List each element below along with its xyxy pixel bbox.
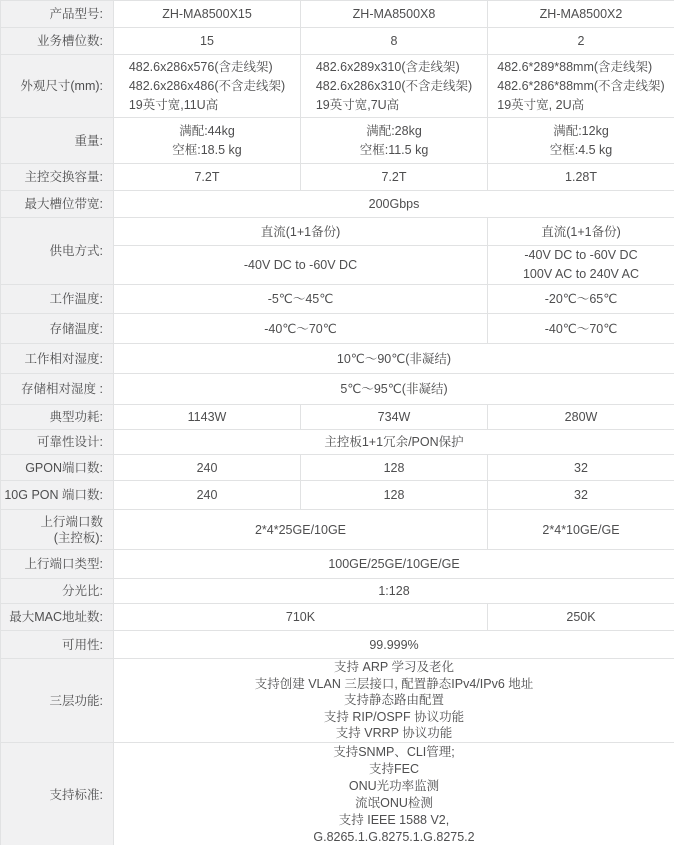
table-row-uplink-ports: 上行端口数(主控板):2*4*25GE/10GE2*4*10GE/GE xyxy=(1,510,674,550)
max-slot-bandwidth-label: 最大槽位带宽: xyxy=(1,191,114,218)
table-row-uplink-port-types: 上行端口类型:100GE/25GE/10GE/GE xyxy=(1,550,674,579)
table-row-switching-capacity: 主控交换容量:7.2T7.2T1.28T xyxy=(1,164,674,191)
table-row-weight: 重量:满配:44kg空框:18.5 kg满配:28kg空框:11.5 kg满配:… xyxy=(1,118,674,164)
service-slots-value-1: 15 xyxy=(114,28,301,55)
weight-value-1: 满配:44kg空框:18.5 kg xyxy=(114,118,301,164)
power-supply-type-label: 供电方式: xyxy=(1,218,114,285)
split-ratio-label: 分光比: xyxy=(1,579,114,604)
uplink-port-types-label: 上行端口类型: xyxy=(1,550,114,579)
operating-humidity-value-1: 10℃～90℃(非凝结) xyxy=(114,344,674,374)
table-row-availability: 可用性:99.999% xyxy=(1,631,674,659)
table-row-layer3-features: 三层功能:支持 ARP 学习及老化支持创建 VLAN 三层接口, 配置静态IPv… xyxy=(1,659,674,743)
product-model-label: 产品型号: xyxy=(1,1,114,28)
operating-humidity-label: 工作相对湿度: xyxy=(1,344,114,374)
switching-capacity-value-2: 7.2T xyxy=(301,164,488,191)
storage-humidity-label: 存储相对湿度 : xyxy=(1,374,114,405)
table-row-storage-temperature: 存储温度:-40℃～70℃-40℃～70℃ xyxy=(1,314,674,344)
spec-sheet: 产品型号:ZH-MA8500X15ZH-MA8500X8ZH-MA8500X2业… xyxy=(0,0,674,845)
table-row-split-ratio: 分光比:1:128 xyxy=(1,579,674,604)
typical-power-value-1: 1143W xyxy=(114,405,301,430)
table-row-max-slot-bandwidth: 最大槽位带宽:200Gbps xyxy=(1,191,674,218)
weight-label: 重量: xyxy=(1,118,114,164)
availability-value-1: 99.999% xyxy=(114,631,674,659)
spec-table: 产品型号:ZH-MA8500X15ZH-MA8500X8ZH-MA8500X2业… xyxy=(0,0,674,845)
supported-standards-label: 支持标准: xyxy=(1,743,114,845)
typical-power-value-3: 280W xyxy=(488,405,674,430)
table-row-supported-standards: 支持标准:支持SNMP、CLI管理;支持FECONU光功率监测流氓ONU检测支持… xyxy=(1,743,674,845)
table-row-service-slots: 业务槽位数:1582 xyxy=(1,28,674,55)
dimensions-value-3: 482.6*289*88mm(含走线架)482.6*286*88mm(不含走线架… xyxy=(488,55,674,118)
gpon-ports-value-2: 128 xyxy=(301,455,488,481)
operating-temperature-value-1: -5℃～45℃ xyxy=(114,285,488,314)
table-row-operating-humidity: 工作相对湿度:10℃～90℃(非凝结) xyxy=(1,344,674,374)
power-supply-voltage-value-2: -40V DC to -60V DC100V AC to 240V AC xyxy=(488,246,674,285)
table-row-gpon-ports: GPON端口数:24012832 xyxy=(1,455,674,481)
typical-power-label: 典型功耗: xyxy=(1,405,114,430)
gpon-ports-value-3: 32 xyxy=(488,455,674,481)
power-supply-type-value-2: 直流(1+1备份) xyxy=(488,218,674,246)
weight-value-2: 满配:28kg空框:11.5 kg xyxy=(301,118,488,164)
table-row-dimensions: 外观尺寸(mm):482.6x286x576(含走线架)482.6x286x48… xyxy=(1,55,674,118)
product-model-value-3: ZH-MA8500X2 xyxy=(488,1,674,28)
storage-temperature-value-2: -40℃～70℃ xyxy=(488,314,674,344)
weight-value-3: 满配:12kg空框:4.5 kg xyxy=(488,118,674,164)
uplink-ports-value-2: 2*4*10GE/GE xyxy=(488,510,674,550)
switching-capacity-value-1: 7.2T xyxy=(114,164,301,191)
table-row-max-mac-addresses: 最大MAC地址数:710K250K xyxy=(1,604,674,631)
availability-label: 可用性: xyxy=(1,631,114,659)
storage-temperature-value-1: -40℃～70℃ xyxy=(114,314,488,344)
typical-power-value-2: 734W xyxy=(301,405,488,430)
dimensions-value-1: 482.6x286x576(含走线架)482.6x286x486(不含走线架)1… xyxy=(114,55,301,118)
switching-capacity-label: 主控交换容量: xyxy=(1,164,114,191)
service-slots-value-3: 2 xyxy=(488,28,674,55)
table-row-typical-power: 典型功耗:1143W734W280W xyxy=(1,405,674,430)
pon10g-ports-value-1: 240 xyxy=(114,481,301,510)
split-ratio-value-1: 1:128 xyxy=(114,579,674,604)
max-mac-addresses-label: 最大MAC地址数: xyxy=(1,604,114,631)
product-model-value-1: ZH-MA8500X15 xyxy=(114,1,301,28)
table-row-storage-humidity: 存储相对湿度 :5℃～95℃(非凝结) xyxy=(1,374,674,405)
uplink-ports-value-1: 2*4*25GE/10GE xyxy=(114,510,488,550)
pon10g-ports-value-2: 128 xyxy=(301,481,488,510)
reliability-design-label: 可靠性设计: xyxy=(1,430,114,455)
uplink-port-types-value-1: 100GE/25GE/10GE/GE xyxy=(114,550,674,579)
table-row-power-supply-type: 供电方式:直流(1+1备份)直流(1+1备份) xyxy=(1,218,674,246)
operating-temperature-label: 工作温度: xyxy=(1,285,114,314)
max-mac-addresses-value-1: 710K xyxy=(114,604,488,631)
layer3-features-label: 三层功能: xyxy=(1,659,114,743)
pon10g-ports-value-3: 32 xyxy=(488,481,674,510)
operating-temperature-value-2: -20℃～65℃ xyxy=(488,285,674,314)
dimensions-value-2: 482.6x289x310(含走线架)482.6x286x310(不含走线架)1… xyxy=(301,55,488,118)
gpon-ports-value-1: 240 xyxy=(114,455,301,481)
uplink-ports-label: 上行端口数(主控板): xyxy=(1,510,114,550)
table-row-pon10g-ports: 10G PON 端口数:24012832 xyxy=(1,481,674,510)
power-supply-type-value-1: 直流(1+1备份) xyxy=(114,218,488,246)
service-slots-value-2: 8 xyxy=(301,28,488,55)
pon10g-ports-label: 10G PON 端口数: xyxy=(1,481,114,510)
switching-capacity-value-3: 1.28T xyxy=(488,164,674,191)
storage-temperature-label: 存储温度: xyxy=(1,314,114,344)
reliability-design-value-1: 主控板1+1冗余/PON保护 xyxy=(114,430,674,455)
max-slot-bandwidth-value-1: 200Gbps xyxy=(114,191,674,218)
max-mac-addresses-value-2: 250K xyxy=(488,604,674,631)
storage-humidity-value-1: 5℃～95℃(非凝结) xyxy=(114,374,674,405)
table-row-operating-temperature: 工作温度:-5℃～45℃-20℃～65℃ xyxy=(1,285,674,314)
service-slots-label: 业务槽位数: xyxy=(1,28,114,55)
table-row-product-model: 产品型号:ZH-MA8500X15ZH-MA8500X8ZH-MA8500X2 xyxy=(1,1,674,28)
layer3-features-value-1: 支持 ARP 学习及老化支持创建 VLAN 三层接口, 配置静态IPv4/IPv… xyxy=(114,659,674,743)
power-supply-voltage-value-1: -40V DC to -60V DC xyxy=(114,246,488,285)
supported-standards-value-1: 支持SNMP、CLI管理;支持FECONU光功率监测流氓ONU检测支持 IEEE… xyxy=(114,743,674,845)
table-row-reliability-design: 可靠性设计:主控板1+1冗余/PON保护 xyxy=(1,430,674,455)
gpon-ports-label: GPON端口数: xyxy=(1,455,114,481)
dimensions-label: 外观尺寸(mm): xyxy=(1,55,114,118)
product-model-value-2: ZH-MA8500X8 xyxy=(301,1,488,28)
